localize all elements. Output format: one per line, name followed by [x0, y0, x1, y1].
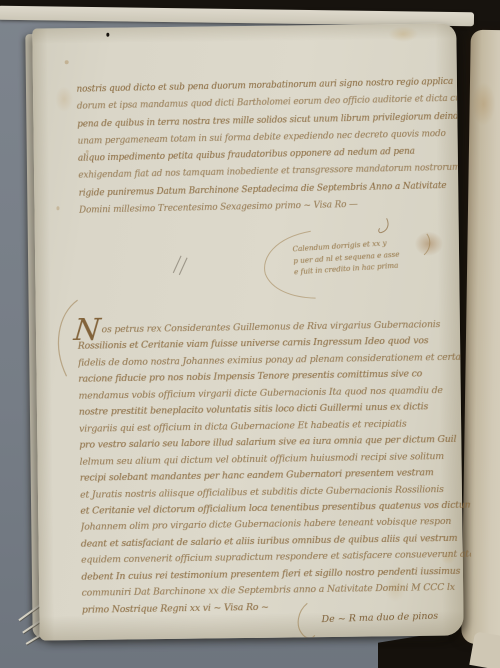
manuscript-page: nostris quod dicto et sub pena duorum mo… [32, 23, 463, 640]
fox-stain [55, 86, 73, 112]
note-tick-flourish [379, 218, 389, 232]
manuscript-photo: nostris quod dicto et sub pena duorum mo… [0, 0, 500, 668]
wormhole-dot [106, 33, 109, 37]
freckle-spot [56, 206, 59, 210]
fox-stain [388, 26, 418, 42]
freckle-spot [65, 60, 69, 64]
chancery-signature: De ~ R ma duo de pinos [321, 611, 438, 625]
fox-stain [471, 82, 496, 126]
adjacent-folio-corner [469, 631, 500, 668]
main-paragraph: os petrus rex Considerantes Guillemonus … [77, 317, 472, 619]
top-paragraph: nostris quod dicto et sub pena duorum mo… [76, 74, 459, 220]
double-slash-mark [173, 256, 187, 275]
marginal-note: Calendum dorrigis et xx yp uer ad nl et … [292, 234, 446, 278]
